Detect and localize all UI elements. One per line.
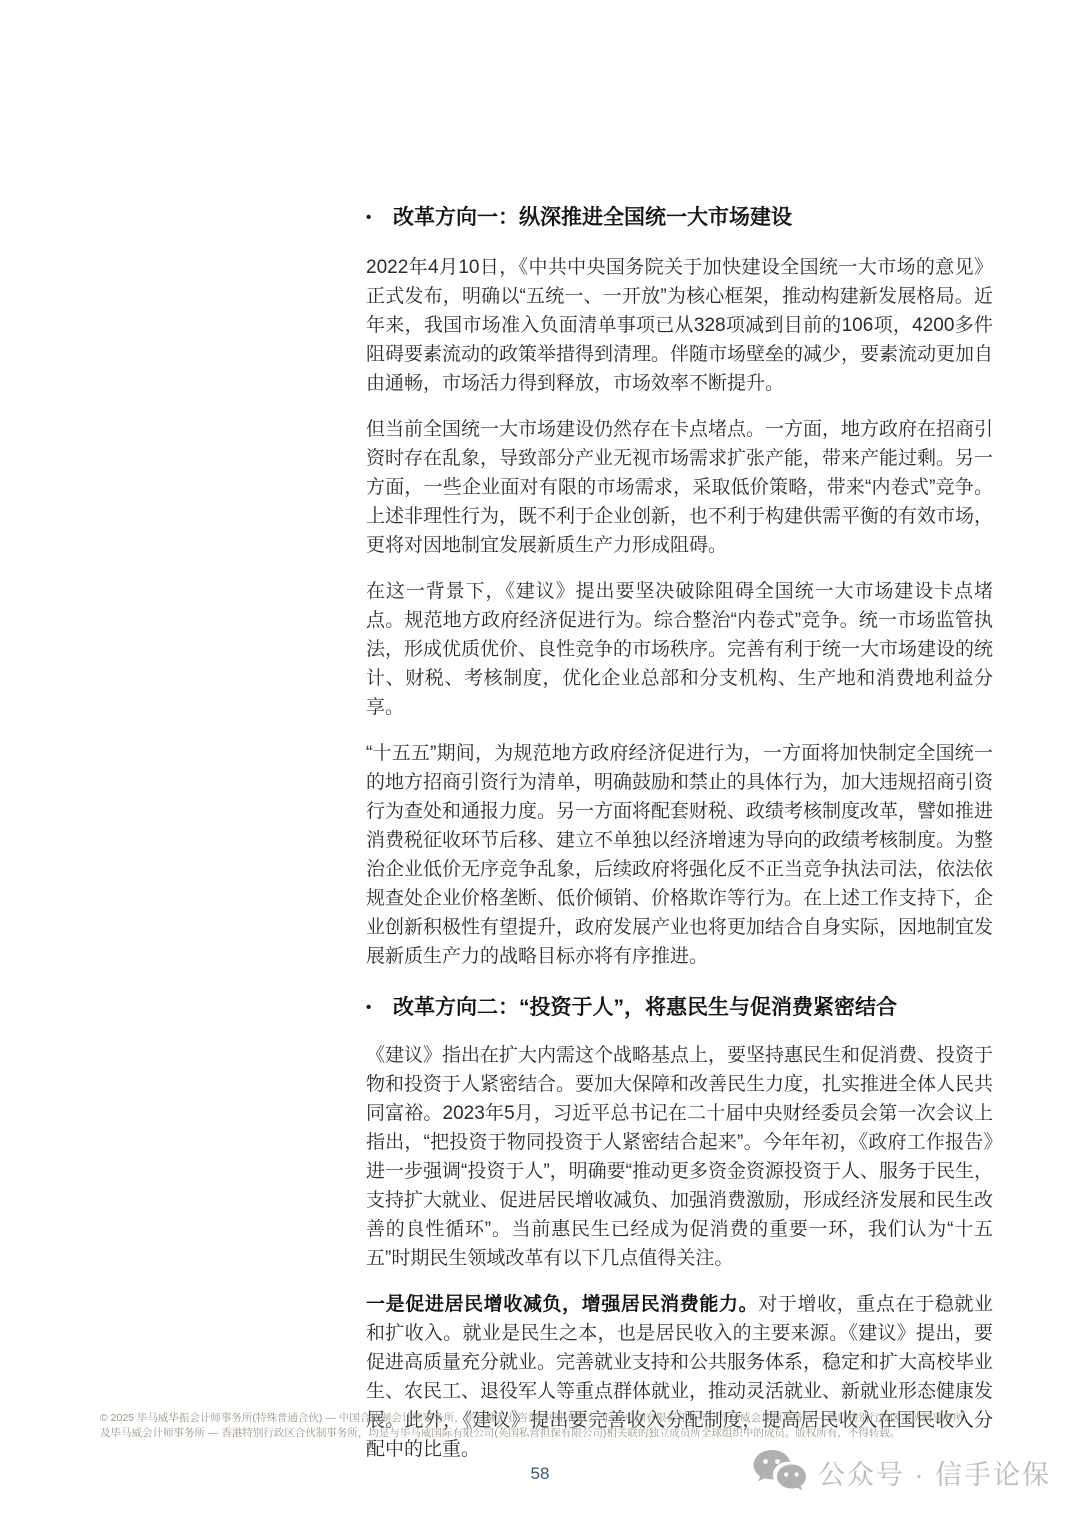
paragraph-5: 《建议》指出在扩大内需这个战略基点上，要坚持惠民生和促消费、投资于物和投资于人紧… <box>366 1041 993 1273</box>
wechat-icon <box>752 1448 806 1496</box>
main-content: • 改革方向一：纵深推进全国统一大市场建设 2022年4月10日，《中共中央国务… <box>366 203 993 1481</box>
heading-text: 改革方向一：纵深推进全国统一大市场建设 <box>393 203 792 233</box>
watermark: 公众号 · 信手论保 <box>752 1448 1051 1496</box>
document-page: { "headings": { "bullet": "•", "h1": "改革… <box>0 0 1080 1515</box>
legal-footer: © 2025 毕马威华振会计师事务所(特殊普通合伙) — 中国合伙制会计师事务所… <box>100 1411 1030 1441</box>
paragraph-3: 在这一背景下，《建议》提出要坚决破除阻碍全国统一大市场建设卡点堵点。规范地方政府… <box>366 577 993 722</box>
paragraph-2: 但当前全国统一大市场建设仍然存在卡点堵点。一方面，地方政府在招商引资时存在乱象，… <box>366 415 993 560</box>
section-heading-reform-direction-2: • 改革方向二：“投资于人”，将惠民生与促消费紧密结合 <box>366 993 993 1023</box>
bullet-icon: • <box>366 203 393 233</box>
paragraph-6-bold-lead: 一是促进居民增收减负，增强居民消费能力。 <box>366 1294 758 1315</box>
section-heading-reform-direction-1: • 改革方向一：纵深推进全国统一大市场建设 <box>366 203 993 233</box>
paragraph-1: 2022年4月10日，《中共中央国务院关于加快建设全国统一大市场的意见》正式发布… <box>366 253 993 398</box>
watermark-text: 公众号 · 信手论保 <box>818 1453 1051 1492</box>
paragraph-4: “十五五”期间，为规范地方政府经济促进行为，一方面将加快制定全国统一的地方招商引… <box>366 739 993 971</box>
legal-footer-line-1: © 2025 毕马威华振会计师事务所(特殊普通合伙) — 中国合伙制会计师事务所… <box>100 1411 1030 1426</box>
legal-footer-line-2: 及毕马威会计师事务所 — 香港特别行政区合伙制事务所，均是与毕马威国际有限公司(… <box>100 1426 1030 1441</box>
bullet-icon: • <box>366 993 393 1023</box>
heading-text: 改革方向二：“投资于人”，将惠民生与促消费紧密结合 <box>393 993 897 1023</box>
